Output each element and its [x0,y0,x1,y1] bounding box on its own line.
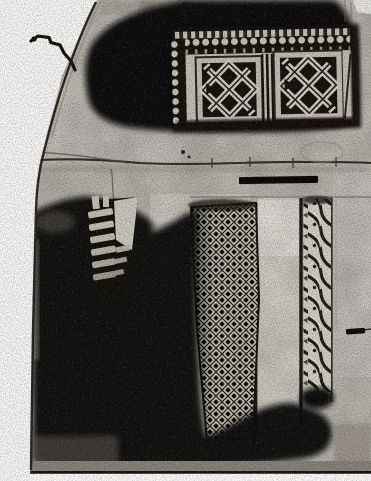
photograph [0,0,371,481]
photo-svg [0,0,371,481]
photo-page [0,0,371,481]
grain-light [0,0,371,481]
